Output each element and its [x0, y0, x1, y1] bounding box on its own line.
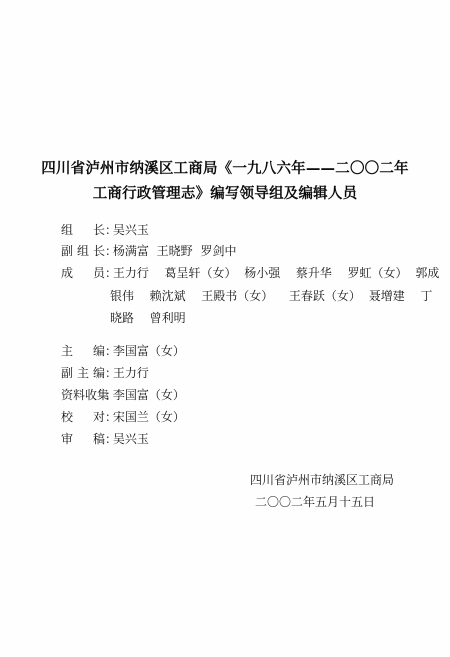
proofreader-label: 校 对: [61, 410, 105, 424]
reviewer-value: 吴兴玉: [113, 432, 149, 446]
members-row: 成 员 ： 王力行 葛呈轩（女） 杨小强 蔡升华 罗虹（女） 郭成: [61, 266, 439, 280]
proofreader-row: 校 对 ： 宋国兰（女）: [61, 410, 185, 424]
data-collection-label: 资 料 收 集: [61, 388, 105, 402]
reviewer-label: 审 稿: [61, 432, 105, 446]
document-title-line-2: 工商行政管理志》编写领导组及编辑人员: [0, 182, 450, 203]
deputy-chief-editor-value: 王力行: [113, 366, 149, 380]
chief-editor-row: 主 编 ： 李国富（女）: [61, 344, 185, 358]
members-line-3: 晓路 曾利明: [110, 311, 186, 325]
reviewer-row: 审 稿 ： 吴兴玉: [61, 432, 149, 446]
deputy-leader-row: 副 组 长 ： 杨满富 王晓野 罗剑中: [61, 244, 236, 258]
members-line-1: 王力行 葛呈轩（女） 杨小强 蔡升华 罗虹（女） 郭成: [113, 266, 440, 280]
deputy-chief-editor-row: 副 主 编 ： 王力行: [61, 366, 149, 380]
document-title-line-1: 四川省泸州市纳溪区工商局《一九八六年——二〇〇二年: [0, 157, 450, 178]
deputy-leader-label: 副 组 长: [61, 244, 105, 258]
members-label: 成 员: [61, 266, 105, 280]
signature-date: 二〇〇二年五月十五日: [250, 493, 380, 510]
data-collection-value: 李国富（女）: [113, 388, 185, 402]
leader-value: 吴兴玉: [113, 223, 149, 237]
leader-row: 组 长 ： 吴兴玉: [61, 223, 149, 237]
chief-editor-label: 主 编: [61, 344, 105, 358]
leader-label: 组 长: [61, 223, 105, 237]
document-page: 四川省泸州市纳溪区工商局《一九八六年——二〇〇二年 工商行政管理志》编写领导组及…: [0, 0, 450, 657]
deputy-leader-value: 杨满富 王晓野 罗剑中: [113, 244, 237, 258]
data-collection-row: 资 料 收 集 ： 李国富（女）: [61, 388, 185, 402]
signature-organization: 四川省泸州市纳溪区工商局: [250, 471, 380, 488]
chief-editor-value: 李国富（女）: [113, 344, 185, 358]
proofreader-value: 宋国兰（女）: [113, 410, 185, 424]
deputy-chief-editor-label: 副 主 编: [61, 366, 105, 380]
members-line-2: 银伟 赖沈斌 王殿书（女） 王春跃（女） 聂增建 丁: [110, 289, 432, 303]
